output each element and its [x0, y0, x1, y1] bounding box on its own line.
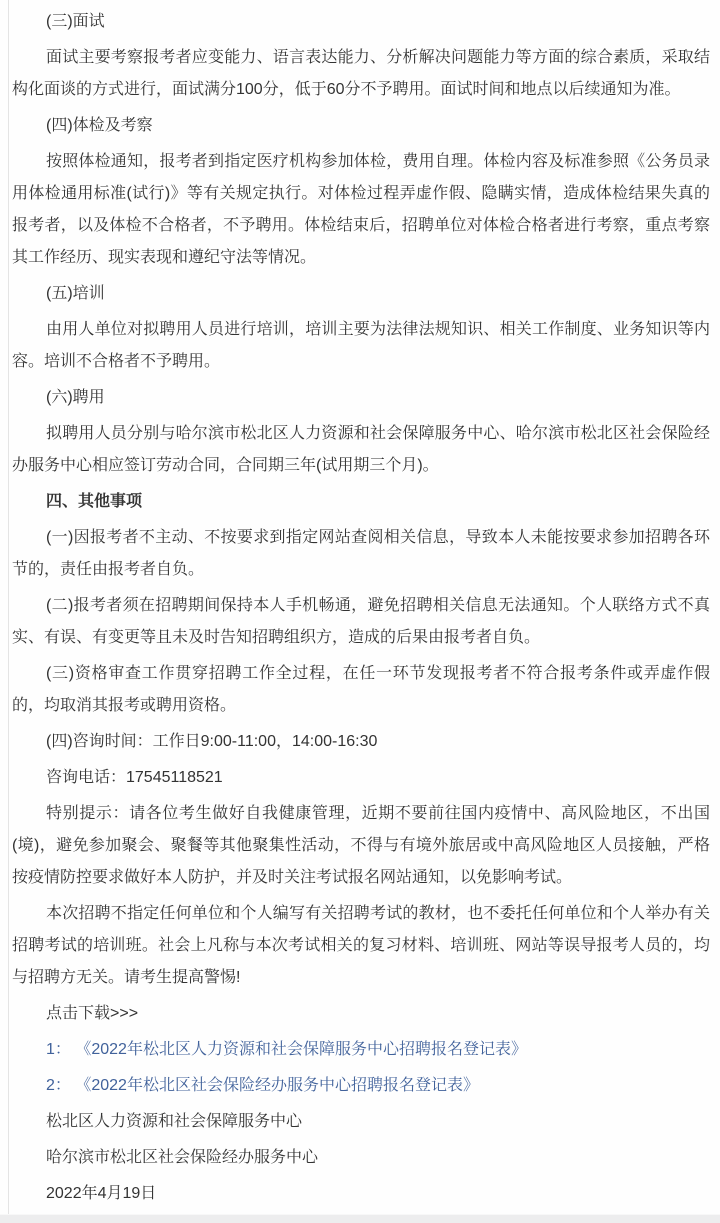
download-label: 点击下载>>>	[12, 998, 710, 1030]
paragraph-note-1: (一)因报考者不主动、不按要求到指定网站查阅相关信息，导致本人未能按要求参加招聘…	[12, 522, 710, 586]
paragraph-physical-exam-desc: 按照体检通知，报考者到指定医疗机构参加体检，费用自理。体检内容及标准参照《公务员…	[12, 146, 710, 274]
paragraph-special-notice: 特别提示：请各位考生做好自我健康管理，近期不要前往国内疫情中、高风险地区，不出国…	[12, 798, 710, 894]
subheading-interview: (三)面试	[12, 6, 710, 38]
paragraph-note-2: (二)报考者须在招聘期间保持本人手机畅通，避免招聘相关信息无法通知。个人联络方式…	[12, 590, 710, 654]
download-link-2-number: 2：	[46, 1077, 71, 1094]
paragraph-consult-phone: 咨询电话：17545118521	[12, 762, 710, 794]
paragraph-note-3: (三)资格审查工作贯穿招聘工作全过程，在任一环节发现报考者不符合报考条件或弄虚作…	[12, 658, 710, 722]
download-line-1: 1： 《2022年松北区人力资源和社会保障服务中心招聘报名登记表》	[12, 1034, 710, 1066]
paragraph-interview-desc: 面试主要考察报考者应变能力、语言表达能力、分析解决问题能力等方面的综合素质，采取…	[12, 42, 710, 106]
download-link-1[interactable]: 《2022年松北区人力资源和社会保障服务中心招聘报名登记表》	[75, 1041, 527, 1058]
download-link-1-number: 1：	[46, 1041, 71, 1058]
paragraph-employment-desc: 拟聘用人员分别与哈尔滨市松北区人力资源和社会保障服务中心、哈尔滨市松北区社会保险…	[12, 418, 710, 482]
signature-date: 2022年4月19日	[12, 1178, 710, 1210]
announcement-page: (三)面试 面试主要考察报考者应变能力、语言表达能力、分析解决问题能力等方面的综…	[0, 0, 720, 1223]
announcement-content: (三)面试 面试主要考察报考者应变能力、语言表达能力、分析解决问题能力等方面的综…	[0, 0, 720, 1210]
subheading-physical-exam: (四)体检及考察	[12, 110, 710, 142]
paragraph-disclaimer: 本次招聘不指定任何单位和个人编写有关招聘考试的教材，也不委托任何单位和个人举办有…	[12, 898, 710, 994]
heading-other-matters: 四、其他事项	[12, 486, 710, 518]
signature-org-2: 哈尔滨市松北区社会保险经办服务中心	[12, 1142, 710, 1174]
paragraph-consult-time: (四)咨询时间：工作日9:00-11:00，14:00-16:30	[12, 726, 710, 758]
signature-org-1: 松北区人力资源和社会保障服务中心	[12, 1106, 710, 1138]
paragraph-training-desc: 由用人单位对拟聘用人员进行培训，培训主要为法律法规知识、相关工作制度、业务知识等…	[12, 314, 710, 378]
subheading-training: (五)培训	[12, 278, 710, 310]
download-link-2[interactable]: 《2022年松北区社会保险经办服务中心招聘报名登记表》	[75, 1077, 479, 1094]
bottom-edge-strip	[0, 1214, 720, 1223]
download-line-2: 2： 《2022年松北区社会保险经办服务中心招聘报名登记表》	[12, 1070, 710, 1102]
subheading-employment: (六)聘用	[12, 382, 710, 414]
